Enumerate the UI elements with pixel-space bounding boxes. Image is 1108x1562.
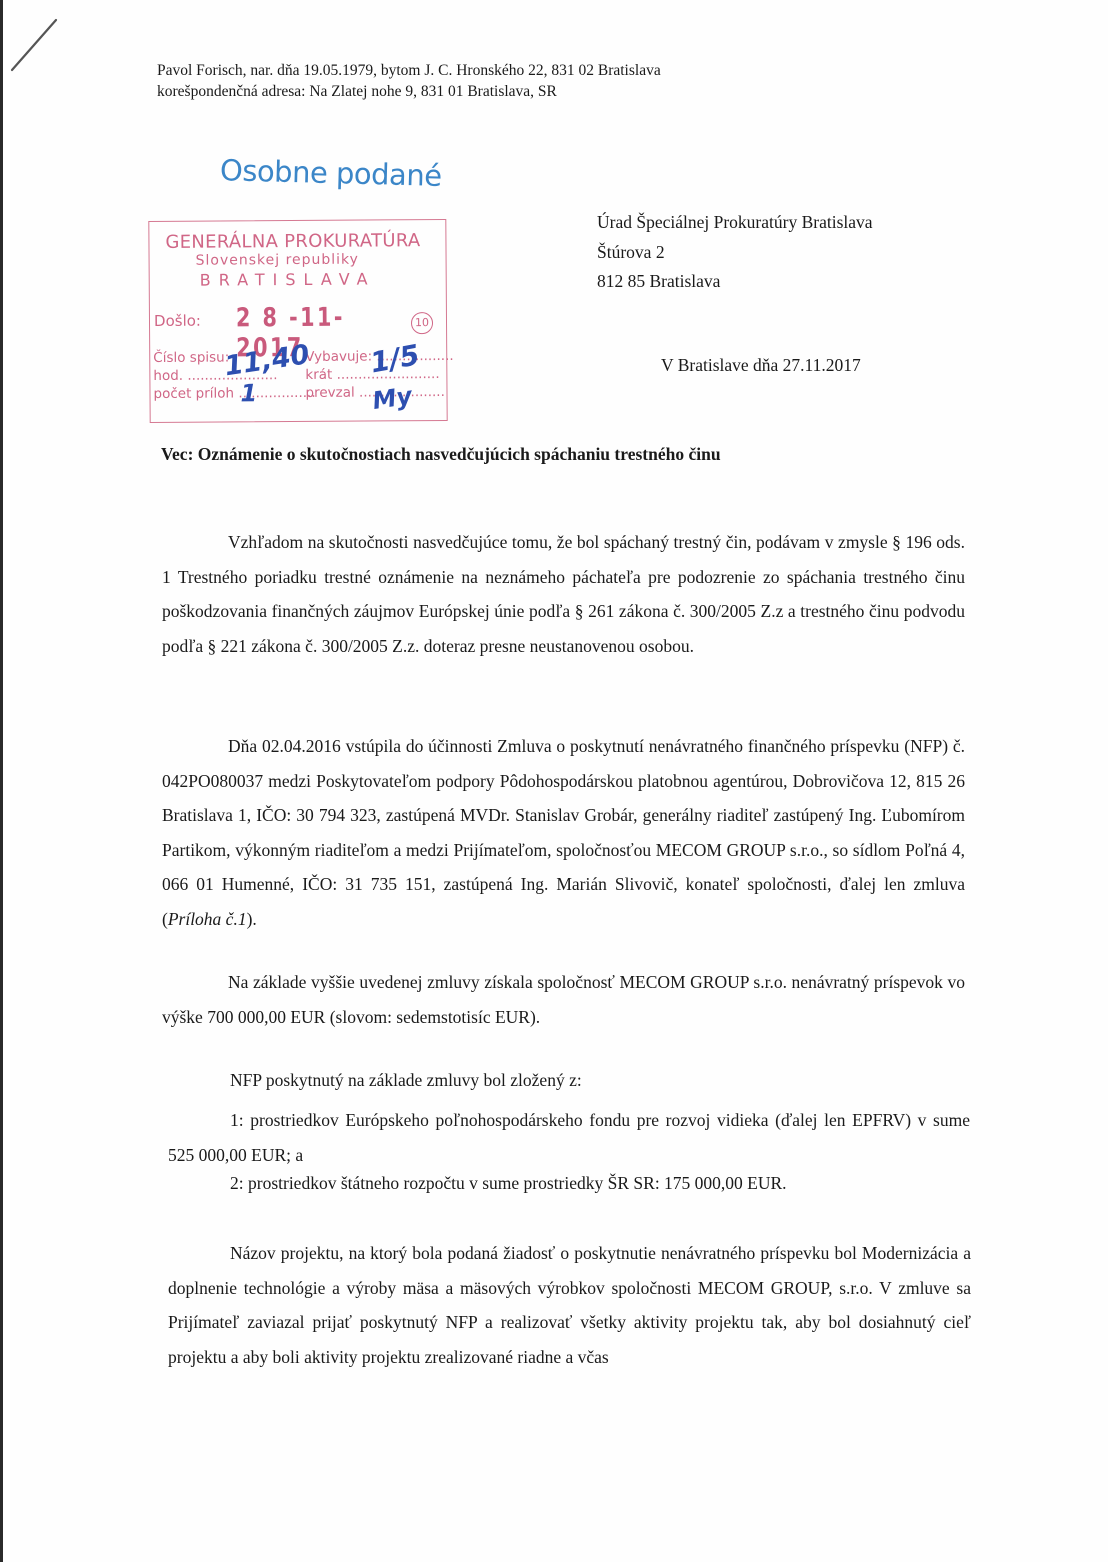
sender-line-2: korešpondenčná adresa: Na Zlatej nohe 9,…	[157, 81, 661, 102]
pen-stroke-mark	[6, 14, 66, 74]
subject-line: Vec: Oznámenie o skutočnostiach nasvedču…	[161, 444, 721, 465]
nfp-item-1: 1: prostriedkov Európskeho poľnohospodár…	[168, 1103, 970, 1172]
recipient-line-3: 812 85 Bratislava	[597, 267, 873, 297]
paragraph-contract: Dňa 02.04.2016 vstúpila do účinnosti Zml…	[162, 729, 965, 936]
stamp-attachments-label: počet príloh ..................	[153, 385, 315, 402]
sender-line-1: Pavol Forisch, nar. dňa 19.05.1979, byto…	[157, 60, 661, 81]
recipient-line-2: Štúrova 2	[597, 238, 873, 268]
document-page: Pavol Forisch, nar. dňa 19.05.1979, byto…	[0, 0, 1108, 1562]
paragraph-grant-amount: Na základe vyššie uvedenej zmluvy získal…	[162, 965, 965, 1034]
place-and-date: V Bratislave dňa 27.11.2017	[661, 355, 861, 376]
attachment-reference: Príloha č.1	[168, 909, 247, 929]
recipient-line-1: Úrad Špeciálnej Prokuratúry Bratislava	[597, 208, 873, 238]
recipient-address: Úrad Špeciálnej Prokuratúry Bratislava Š…	[597, 208, 873, 297]
stamp-received-label: Došlo:	[154, 312, 201, 330]
paragraph-nfp-intro: NFP poskytnutý na základe zmluvy bol zlo…	[230, 1070, 582, 1091]
handwritten-stamp-osobne-podane: Osobne podané	[220, 153, 442, 193]
stamp-org: GENERÁLNA PROKURATÚRA	[165, 230, 420, 253]
stamp-file-no-label: Číslo spisu:	[153, 349, 229, 366]
paragraph-complaint: Vzhľadom na skutočnosti nasvedčujúce tom…	[162, 525, 965, 663]
stamp-city: BRATISLAVA	[200, 269, 376, 289]
receipt-stamp: GENERÁLNA PROKURATÚRA Slovenskej republi…	[148, 219, 447, 423]
stamp-org-sub: Slovenskej republiky	[196, 252, 359, 269]
contract-text: Dňa 02.04.2016 vstúpila do účinnosti Zml…	[162, 736, 965, 929]
nfp-item-2: 2: prostriedkov štátneho rozpočtu v sume…	[230, 1173, 787, 1194]
paragraph-project-name: Názov projektu, na ktorý bola podaná žia…	[168, 1236, 971, 1374]
sender-address: Pavol Forisch, nar. dňa 19.05.1979, byto…	[157, 60, 661, 102]
stamp-circle-number: 10	[411, 312, 433, 334]
handwritten-attachments: 1	[240, 379, 257, 407]
scan-edge	[0, 0, 3, 1562]
contract-text-end: ).	[247, 909, 257, 929]
handwritten-received-by: My	[371, 382, 414, 415]
